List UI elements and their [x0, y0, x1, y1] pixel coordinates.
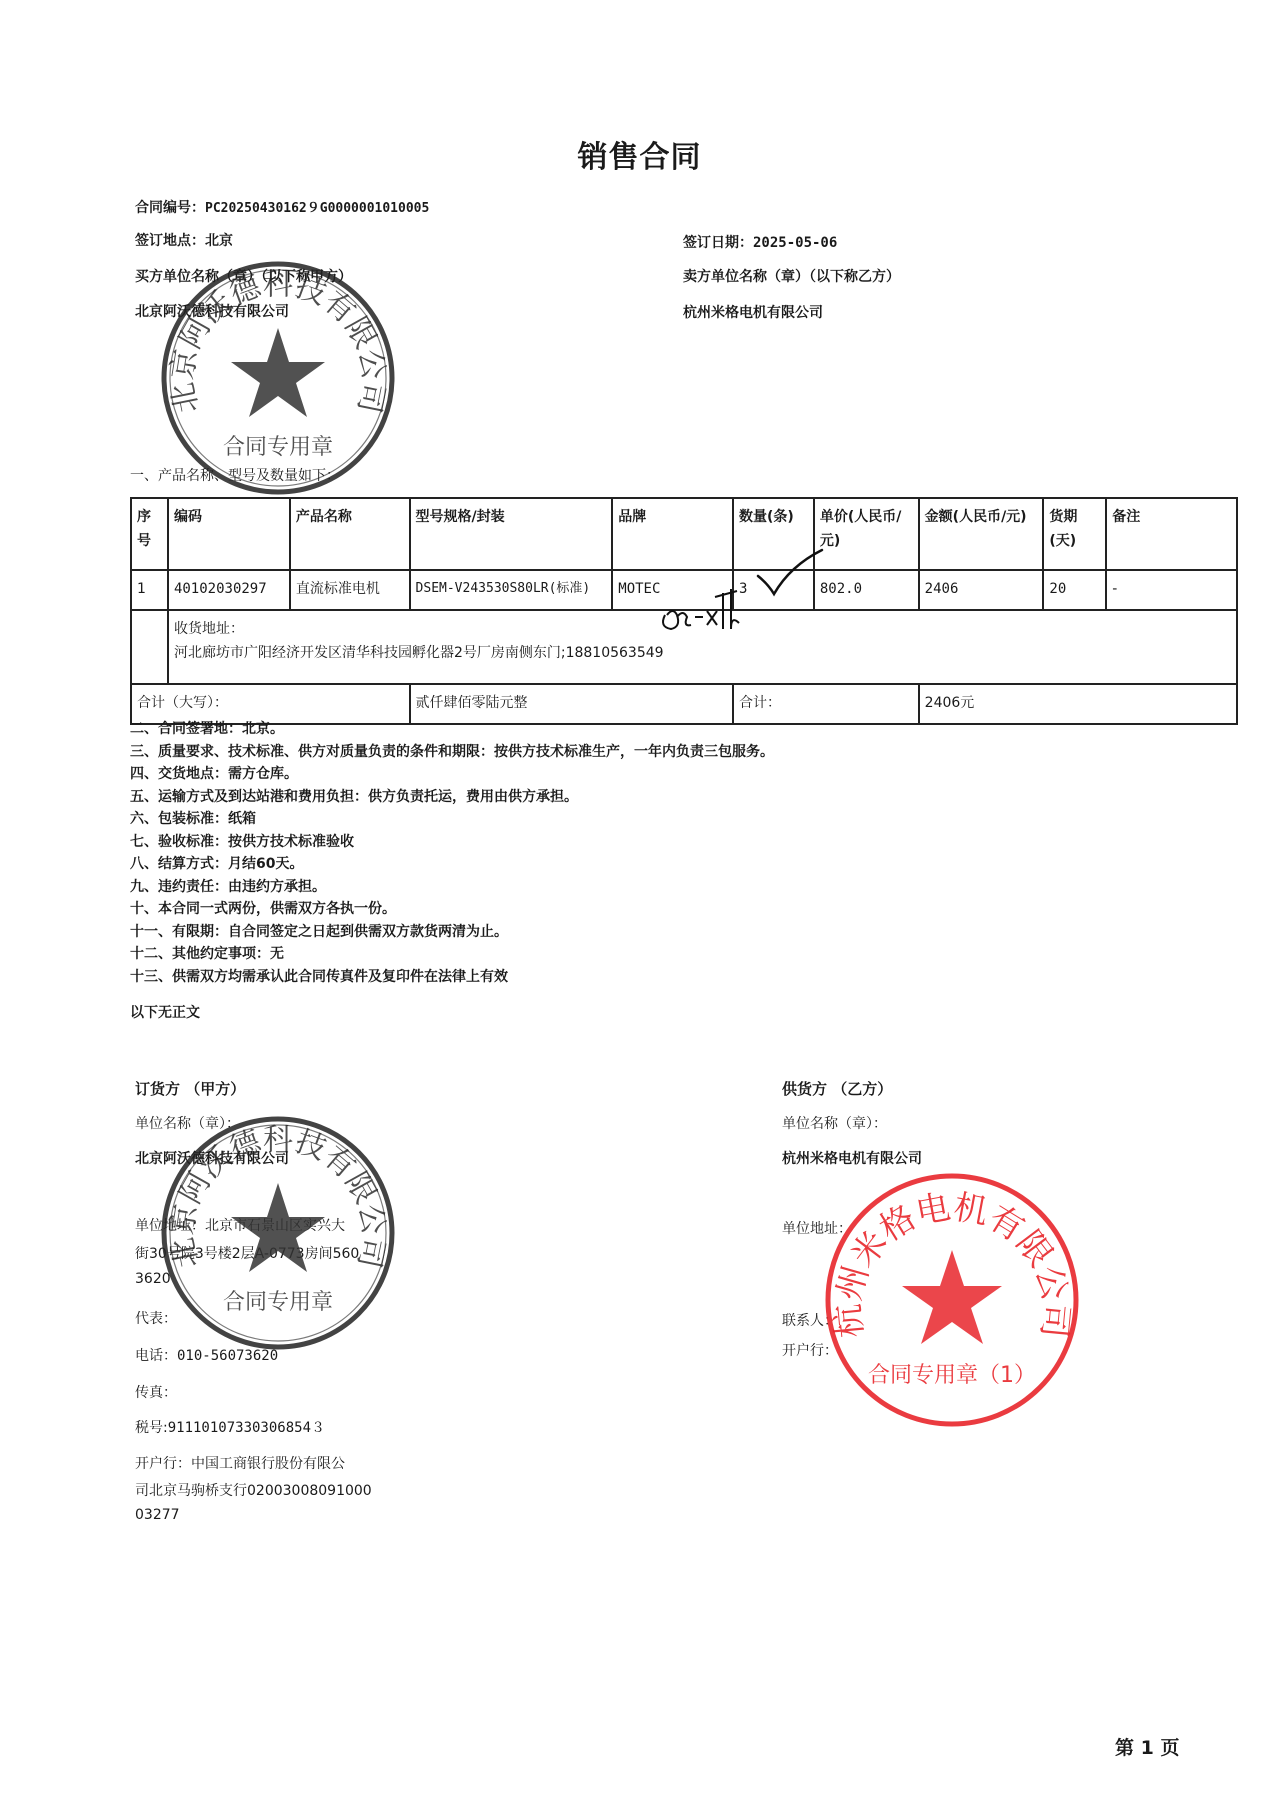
header-amount: 金额(人民币/元): [919, 498, 1044, 570]
term-item: 三、质量要求、技术标准、供方对质量负责的条件和期限：按供方技术标准生产，一年内负…: [130, 741, 774, 764]
cell-seq: 1: [131, 570, 168, 610]
section-1-label: 一、产品名称、型号及数量如下：: [130, 465, 340, 485]
seller-stamp: 杭州米格电机有限公司 合同专用章（1）: [822, 1170, 1082, 1430]
contract-number: 合同编号：PC20250430162９G0000001010005: [135, 197, 429, 217]
contract-number-label: 合同编号：: [135, 200, 205, 216]
seal-icon: 北京阿沃德科技有限公司 合同专用章: [158, 258, 398, 498]
terms-list: 二、合同签署地：北京。 三、质量要求、技术标准、供方对质量负责的条件和期限：按供…: [130, 718, 774, 988]
party-b-address-label: 单位地址：: [782, 1218, 852, 1238]
term-item: 六、包装标准：纸箱: [130, 808, 774, 831]
term-item: 四、交货地点：需方仓库。: [130, 763, 774, 786]
svg-text:合同专用章: 合同专用章: [223, 1290, 333, 1315]
party-a-heading: 订货方 （甲方）: [135, 1078, 245, 1099]
seller-name: 杭州米格电机有限公司: [683, 302, 823, 322]
buyer-label: 买方单位名称（章）（以下称甲方）: [135, 266, 352, 286]
party-a-address-line1: 北京市石景山区实兴大: [205, 1218, 345, 1234]
term-item: 十一、有限期：自合同签定之日起到供需双方款货两清为止。: [130, 921, 774, 944]
header-code: 编码: [168, 498, 290, 570]
address-cell: 收货地址： 河北廊坊市广阳经济开发区清华科技园孵化器2号厂房南侧东门;18810…: [168, 610, 1237, 684]
party-a-bank-line1: 中国工商银行股份有限公: [191, 1456, 345, 1472]
cell-lead-days: 20: [1043, 570, 1106, 610]
address-label: 收货地址：: [174, 617, 1231, 641]
term-item: 十、本合同一式两份，供需双方各执一份。: [130, 898, 774, 921]
address-row: 收货地址： 河北廊坊市广阳经济开发区清华科技园孵化器2号厂房南侧东门;18810…: [131, 610, 1237, 684]
seller-label: 卖方单位名称（章）（以下称乙方）: [683, 266, 900, 286]
document-title: 销售合同: [0, 132, 1279, 176]
term-item: 九、违约责任：由违约方承担。: [130, 876, 774, 899]
party-a-address-line2: 街30号院3号楼2层A-0773房间560: [135, 1243, 359, 1263]
seal-icon: 杭州米格电机有限公司 合同专用章（1）: [822, 1170, 1082, 1430]
sign-date-label: 签订日期：: [683, 235, 753, 251]
cell-name: 直流标准电机: [290, 570, 410, 610]
buyer-stamp-top: 北京阿沃德科技有限公司 合同专用章: [158, 258, 398, 498]
term-item: 八、结算方式：月结60天。: [130, 853, 774, 876]
cell-unit-price: 802.0: [814, 570, 919, 610]
sign-date-value: 2025-05-06: [753, 235, 837, 251]
header-model: 型号规格/封装: [410, 498, 613, 570]
sign-date: 签订日期：2025-05-06: [683, 232, 837, 252]
header-unit-price: 单价(人民币/元): [814, 498, 919, 570]
cell-amount: 2406: [919, 570, 1044, 610]
party-a-unit-name: 北京阿沃德科技有限公司: [135, 1148, 289, 1168]
party-a-address-label: 单位地址：: [135, 1218, 205, 1234]
party-a-tax-label: 税号:: [135, 1420, 168, 1436]
header-qty: 数量(条): [733, 498, 814, 570]
cell-qty: 3: [733, 570, 814, 610]
party-a-bank-label: 开户行：: [135, 1456, 191, 1472]
header-remark: 备注: [1106, 498, 1237, 570]
term-item: 十二、其他约定事项：无: [130, 943, 774, 966]
sign-place-label: 签订地点：: [135, 233, 205, 249]
term-item: 二、合同签署地：北京。: [130, 718, 774, 741]
party-b-heading: 供货方 （乙方）: [782, 1078, 892, 1099]
svg-text:杭州米格电机有限公司: 杭州米格电机有限公司: [828, 1187, 1076, 1339]
svg-text:合同专用章（1）: 合同专用章（1）: [868, 1363, 1036, 1388]
contract-number-value: PC20250430162９G0000001010005: [205, 201, 429, 216]
table-header-row: 序号 编码 产品名称 型号规格/封装 品牌 数量(条) 单价(人民币/元) 金额…: [131, 498, 1237, 570]
sign-place: 签订地点：北京: [135, 230, 233, 250]
table-row: 1 40102030297 直流标准电机 DSEM-V243530S80LR(标…: [131, 570, 1237, 610]
header-brand: 品牌: [612, 498, 733, 570]
page-number: 第 1 页: [1115, 1733, 1179, 1760]
party-b-unit-name: 杭州米格电机有限公司: [782, 1148, 922, 1168]
svg-text:合同专用章: 合同专用章: [223, 435, 333, 460]
party-a-phone-value: 010-56073620: [177, 1348, 278, 1364]
total-value: 2406元: [919, 684, 1237, 724]
term-item: 七、验收标准：按供方技术标准验收: [130, 831, 774, 854]
party-b-unit-name-label: 单位名称（章）：: [782, 1113, 887, 1133]
product-table: 序号 编码 产品名称 型号规格/封装 品牌 数量(条) 单价(人民币/元) 金额…: [130, 497, 1238, 725]
address-spacer-cell: [131, 610, 168, 684]
svg-text:北京阿沃德科技有限公司: 北京阿沃德科技有限公司: [165, 267, 391, 416]
party-a-address: 单位地址：北京市石景山区实兴大: [135, 1215, 345, 1235]
address-value: 河北廊坊市广阳经济开发区清华科技园孵化器2号厂房南侧东门;18810563549: [174, 641, 1231, 665]
party-a-phone-label: 电话：: [135, 1348, 177, 1364]
end-note: 以下无正文: [130, 1002, 200, 1022]
party-a-tax-value: 91110107330306854３: [168, 1420, 325, 1436]
header-name: 产品名称: [290, 498, 410, 570]
party-b-bank-label: 开户行：: [782, 1340, 838, 1360]
buyer-name: 北京阿沃德科技有限公司: [135, 301, 289, 321]
sign-place-value: 北京: [205, 233, 233, 249]
term-item: 十三、供需双方均需承认此合同传真件及复印件在法律上有效: [130, 966, 774, 989]
party-a-rep-label: 代表：: [135, 1308, 177, 1328]
party-a-fax-label: 传真：: [135, 1382, 177, 1402]
term-item: 五、运输方式及到达站港和费用负担：供方负责托运，费用由供方承担。: [130, 786, 774, 809]
cell-model: DSEM-V243530S80LR(标准): [410, 570, 613, 610]
party-a-address-line3: 3620: [135, 1271, 171, 1287]
header-lead-days: 货期(天): [1043, 498, 1106, 570]
party-b-contact-label: 联系人：: [782, 1310, 838, 1330]
party-a-bank-line3: 03277: [135, 1507, 180, 1523]
header-seq: 序号: [131, 498, 168, 570]
party-a-unit-name-label: 单位名称（章）：: [135, 1113, 240, 1133]
cell-brand: MOTEC: [612, 570, 733, 610]
party-a-phone: 电话：010-56073620: [135, 1345, 278, 1365]
cell-code: 40102030297: [168, 570, 290, 610]
party-a-bank-line2: 司北京马驹桥支行02003008091000: [135, 1480, 372, 1500]
party-a-tax: 税号:91110107330306854３: [135, 1417, 325, 1437]
cell-remark: -: [1106, 570, 1237, 610]
party-a-bank: 开户行：中国工商银行股份有限公: [135, 1453, 345, 1473]
